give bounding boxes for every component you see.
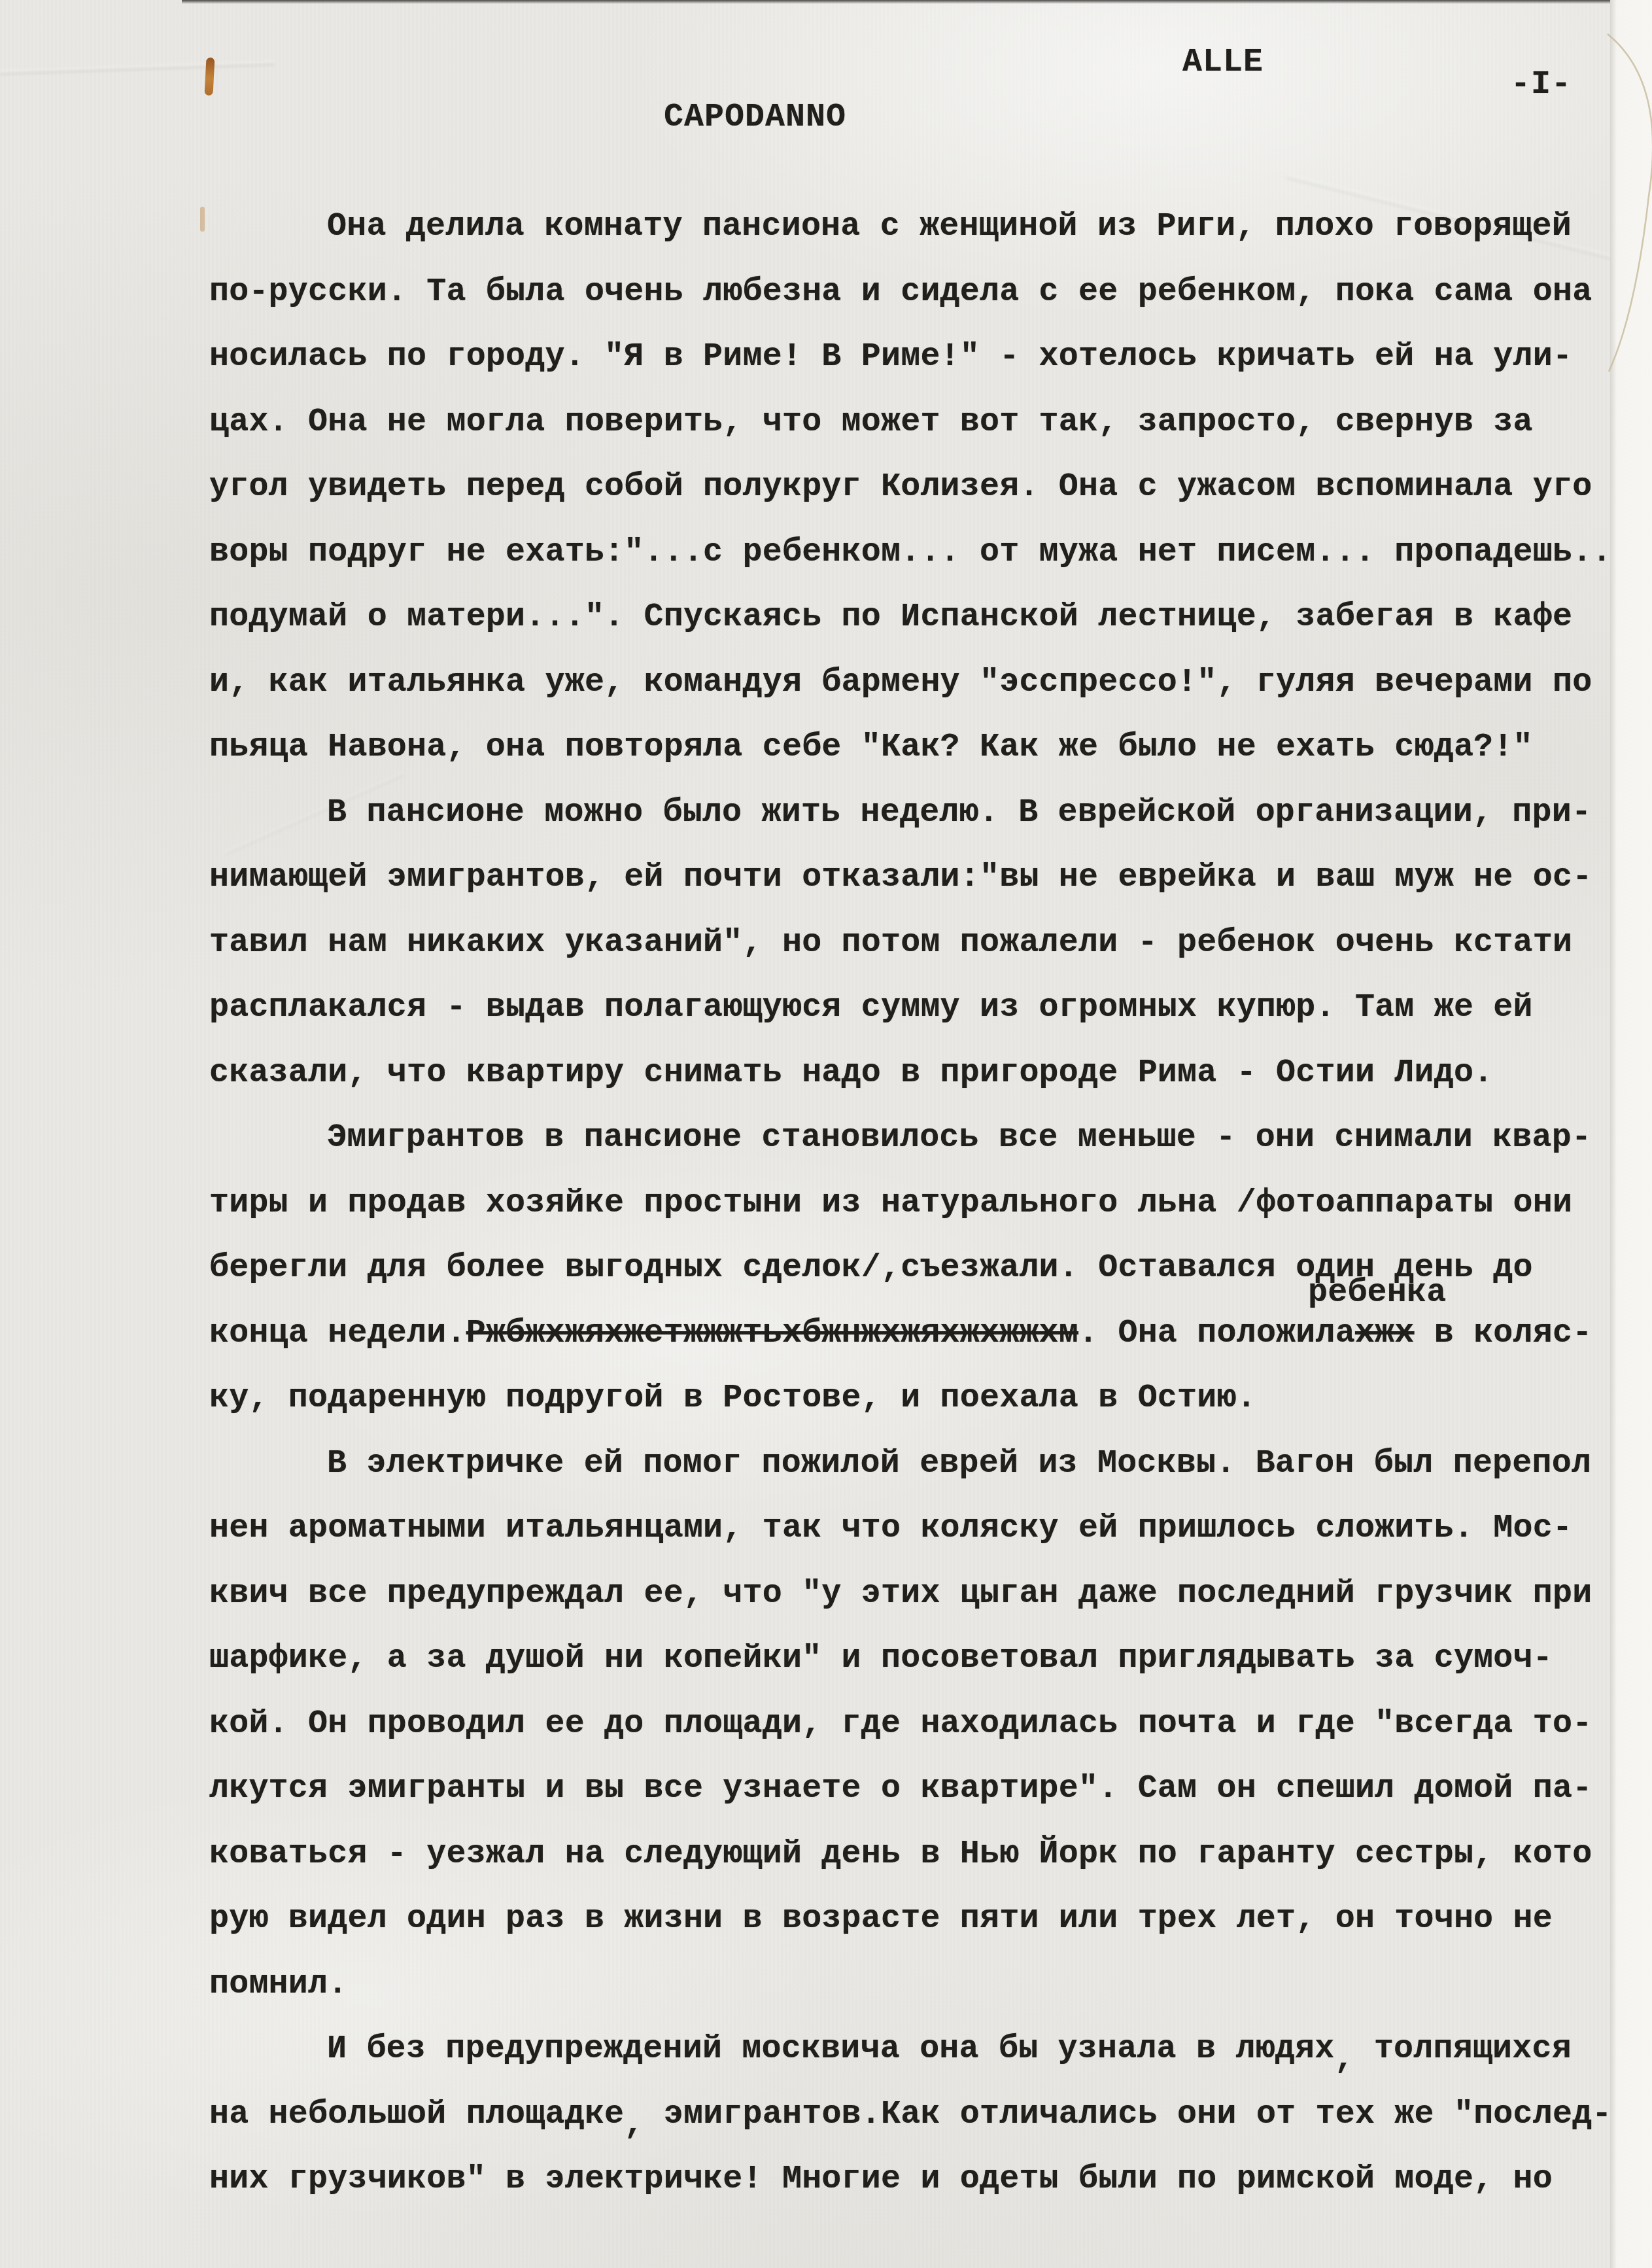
- typed-line: сказали, что квартиру снимать надо в при…: [209, 1054, 1493, 1093]
- typed-line: Эмигрантов в пансионе становилось все ме…: [327, 1119, 1591, 1158]
- typed-line: пьяца Навона, она повторяла себе "Как? К…: [209, 728, 1533, 767]
- typed-line: рую видел один раз в жизни в возрасте пя…: [209, 1900, 1553, 1939]
- typed-line: помнил.: [209, 1965, 347, 2004]
- typed-line: расплакался - выдав полагающуюся сумму и…: [209, 988, 1533, 1028]
- typed-line: ку, подаренную подругой в Ростове, и пое…: [209, 1379, 1256, 1418]
- scanned-typescript-page: ALLE CAPODANNO -I- Она делила комнату па…: [0, 0, 1652, 2268]
- typed-line: квич все предупреждал ее, что "у этих цы…: [209, 1575, 1592, 1614]
- typed-line: тавил нам никаких указаний", но потом по…: [209, 924, 1572, 963]
- typed-line: тиры и продав хозяйке простыни из натура…: [209, 1184, 1572, 1223]
- typed-line: воры подруг не ехать:"...с ребенком... о…: [209, 533, 1610, 572]
- typed-line: и, как итальянка уже, командуя бармену "…: [209, 663, 1592, 703]
- typed-line: В электричке ей помог пожилой еврей из М…: [327, 1444, 1591, 1484]
- typed-text-layer: Она делила комнату пансиона с женщиной и…: [0, 0, 1610, 2268]
- typed-line: угол увидеть перед собой полукруг Колизе…: [209, 468, 1592, 507]
- typed-line: шарфике, а за душой ни копейки" и посове…: [209, 1639, 1553, 1679]
- typed-line: цах. Она не могла поверить, что может во…: [209, 403, 1533, 442]
- typed-line: нен ароматными итальянцами, так что коля…: [209, 1509, 1572, 1548]
- scanner-background-strip: [1610, 0, 1652, 2268]
- typed-line: носилась по городу. "Я в Риме! В Риме!" …: [209, 338, 1572, 377]
- typed-line: лкутся эмигранты и вы все узнаете о квар…: [209, 1770, 1592, 1809]
- typed-line: кой. Он проводил ее до площади, где нахо…: [209, 1705, 1592, 1744]
- typed-line: по-русски. Та была очень любезна и сидел…: [209, 273, 1592, 312]
- typed-line: конца недели.Ржбжхжяхжетжжжтьхбжнжхжяхжх…: [209, 1314, 1592, 1353]
- typed-line: них грузчиков" в электричке! Многие и од…: [209, 2160, 1553, 2199]
- inserted-word: ребенка: [1308, 1274, 1446, 1313]
- typed-line: нимающей эмигрантов, ей почти отказали:"…: [209, 858, 1592, 898]
- typed-line: на небольшой площадке, эмигрантов.Как от…: [209, 2095, 1610, 2135]
- typed-line: коваться - уезжал на следующий день в Нь…: [209, 1835, 1592, 1874]
- typed-line: В пансионе можно было жить неделю. В евр…: [327, 794, 1591, 833]
- typed-line: И без предупреждений москвича она бы узн…: [327, 2030, 1572, 2069]
- typed-line: Она делила комнату пансиона с женщиной и…: [327, 207, 1572, 247]
- typed-line: подумай о матери...". Спускаясь по Испан…: [209, 598, 1572, 637]
